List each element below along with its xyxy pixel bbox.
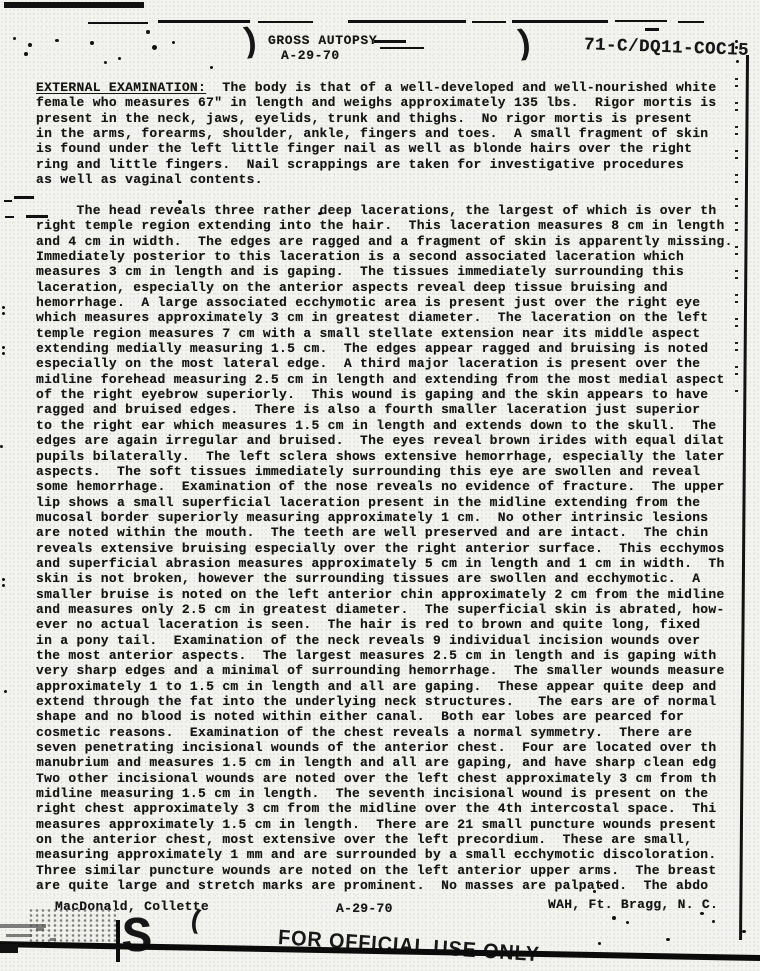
scan-artifact (5, 216, 14, 218)
scan-speck (28, 43, 32, 47)
scan-speck (2, 578, 5, 581)
scan-artifact (512, 20, 608, 23)
scan-artifact (6, 934, 32, 937)
scan-artifact (678, 21, 704, 23)
scan-speck (118, 57, 121, 60)
scan-speck (612, 916, 616, 920)
scan-speck (13, 37, 16, 40)
scan-speck (598, 942, 601, 945)
scan-speck (2, 352, 5, 355)
scan-dot-column (735, 78, 738, 393)
scan-artifact (36, 928, 44, 931)
scan-artifact (50, 938, 56, 941)
footer-location: WAH, Ft. Bragg, N. C. (548, 897, 718, 912)
scan-speck (736, 60, 739, 63)
scan-artifact (374, 40, 406, 43)
document-reference-number: 71-C/DQ11-COC15 (584, 35, 750, 61)
scan-artifact (116, 920, 120, 962)
scan-artifact (348, 20, 466, 23)
scan-artifact (4, 2, 144, 8)
scan-artifact (158, 20, 250, 23)
scan-speck (172, 41, 175, 44)
scanned-autopsy-document: ) GROSS AUTOPSY A-29-70 ) 71-C/DQ11-COC1… (0, 0, 760, 971)
scan-speck (178, 200, 182, 204)
scan-speck (0, 445, 3, 448)
stamp-bracket-icon: ) (237, 23, 262, 63)
scan-speck (735, 46, 738, 49)
footer-case-number: A-29-70 (336, 901, 393, 916)
scan-speck (593, 890, 596, 893)
scan-artifact (4, 200, 12, 202)
scan-speck (24, 52, 28, 56)
scan-artifact (26, 215, 48, 218)
scan-speck (318, 212, 322, 215)
scan-speck (2, 346, 5, 349)
scan-speck (712, 920, 715, 923)
scan-speck (735, 40, 738, 43)
scan-speck (210, 66, 213, 69)
scan-speck (152, 45, 157, 50)
paragraph-external-examination: EXTERNAL EXAMINATION: The body is that o… (36, 80, 752, 187)
scan-speck (2, 312, 5, 315)
scan-artifact (258, 21, 313, 23)
section-heading: EXTERNAL EXAMINATION: (36, 80, 206, 95)
scan-artifact (380, 47, 424, 49)
stray-pen-mark: ( (186, 905, 206, 937)
scan-speck (2, 306, 5, 309)
stamp-bracket-icon: ) (511, 25, 536, 65)
scan-speck (2, 584, 5, 587)
scan-speck (4, 690, 7, 693)
scan-artifact (14, 196, 34, 199)
scan-speck (90, 41, 94, 45)
scan-artifact (615, 20, 667, 22)
scan-speck (742, 930, 746, 933)
scan-artifact (0, 944, 18, 953)
scan-artifact (645, 28, 659, 31)
scan-speck (104, 61, 107, 64)
partial-stamp-letter: S (122, 914, 152, 964)
scan-speck (55, 39, 59, 42)
scan-artifact (472, 21, 506, 23)
gross-autopsy-stamp-number: A-29-70 (281, 48, 340, 63)
scan-speck (146, 30, 150, 34)
scan-speck (700, 912, 704, 915)
scan-speck (600, 884, 603, 887)
gross-autopsy-stamp-title: GROSS AUTOPSY (268, 33, 377, 48)
scan-artifact (88, 22, 148, 24)
scan-speck (666, 938, 670, 941)
paragraph-1-text: The body is that of a well-developed and… (36, 80, 717, 187)
scan-speck (626, 921, 629, 924)
paragraph-head-findings: The head reveals three rather deep lacer… (36, 203, 752, 893)
